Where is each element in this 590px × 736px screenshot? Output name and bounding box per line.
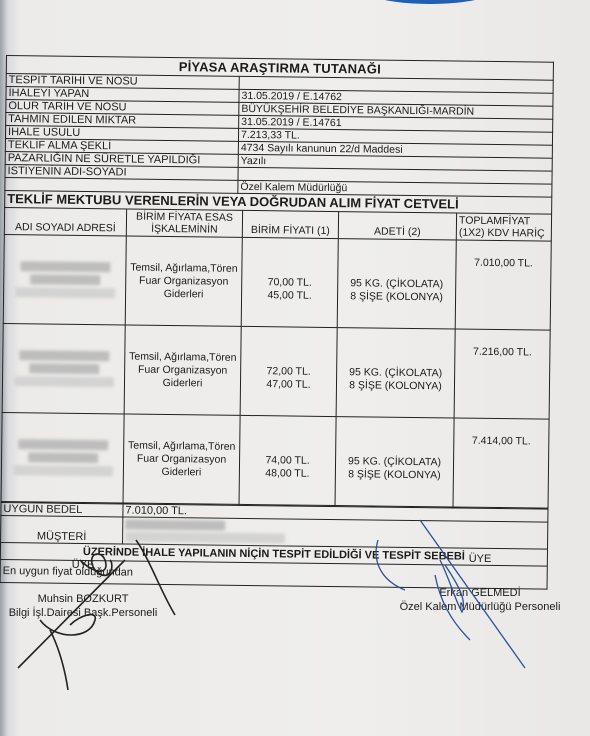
redacted-block [12, 465, 112, 476]
redacted-block [15, 287, 115, 298]
header-quantity: ADETİ (2) [338, 212, 456, 240]
quantity: 8 ŞİŞE (KOLONYA) [338, 468, 451, 482]
offer-name-redacted [3, 234, 126, 324]
signer-name: Erkan GELMEDİ [390, 586, 570, 600]
offers-table: ADI SOYADI ADRESİ BİRİM FİYATA ESAS İŞKA… [1, 207, 553, 509]
offer-item: Temsil, Ağırlama,Tören Fuar Organizasyon… [125, 236, 242, 326]
offer-row: Temsil, Ağırlama,Tören Fuar Organizasyon… [2, 323, 550, 419]
signer-role: ÜYE [8, 558, 158, 572]
signer-2: ÜYE Erkan GELMEDİ Özel Kalem Müdürlüğü P… [390, 552, 570, 614]
header-name: ADI SOYADI ADRESİ [4, 207, 126, 235]
offer-row: Temsil, Ağırlama,Tören Fuar Organizasyon… [1, 412, 549, 508]
unit-price: 70,00 TL. [244, 276, 335, 290]
offer-unit-prices: 72,00 TL. 47,00 TL. [240, 326, 337, 416]
redacted-block [28, 452, 98, 463]
unit-price: 72,00 TL. [243, 365, 334, 379]
unit-price: 47,00 TL. [243, 378, 334, 392]
redacted-block [30, 274, 100, 285]
signer-name: Muhsin BOZKURT [8, 592, 158, 606]
redacted-block [125, 519, 225, 530]
signer-1: ÜYE Muhsin BOZKURT Bilgi İşl.Dairesi Baş… [8, 558, 158, 620]
unit-price: 74,00 TL. [242, 454, 333, 468]
offer-name-redacted [2, 323, 125, 413]
header-item: BİRİM FİYATA ESAS İŞKALEMİNİN [126, 209, 242, 237]
offer-unit-prices: 70,00 TL. 45,00 TL. [241, 237, 338, 327]
quantity: 8 ŞİŞE (KOLONYA) [339, 379, 452, 393]
offer-quantities: 95 KG. (ÇİKOLATA) 8 ŞİŞE (KOLONYA) [336, 328, 455, 418]
header-total: TOPLAMFİYAT (1X2) KDV HARİÇ [456, 213, 551, 241]
unit-price: 45,00 TL. [244, 289, 335, 303]
offer-total: 7.216,00 TL. [454, 329, 550, 419]
redacted-block [18, 439, 108, 450]
signers-area: ÜYE Muhsin BOZKURT Bilgi İşl.Dairesi Baş… [0, 550, 590, 730]
offer-quantities: 95 KG. (ÇİKOLATA) 8 ŞİŞE (KOLONYA) [335, 417, 454, 507]
offer-row: Temsil, Ağırlama,Tören Fuar Organizasyon… [3, 234, 551, 330]
offer-unit-prices: 74,00 TL. 48,00 TL. [239, 415, 336, 505]
signer-title: Bilgi İşl.Dairesi Başk.Personeli [8, 606, 158, 620]
info-table: TESPİT TARİHİ VE NOSU İHALEYİ YAPAN 31.0… [4, 73, 553, 198]
offer-item: Temsil, Ağırlama,Tören Fuar Organizasyon… [124, 325, 241, 415]
redacted-block [13, 376, 113, 387]
offer-item: Temsil, Ağırlama,Tören Fuar Organizasyon… [123, 414, 240, 504]
redacted-block [19, 350, 109, 361]
offer-total: 7.414,00 TL. [453, 418, 549, 508]
blue-object-edge [360, 0, 500, 4]
offer-name-redacted [1, 412, 124, 502]
tutanak-document: PİYASA ARAŞTIRMA TUTANAĞI TESPİT TARİHİ … [0, 55, 554, 590]
suitable-price-label: UYGUN BEDEL [1, 502, 123, 516]
offer-total: 7.010,00 TL. [455, 240, 551, 330]
signer-title: Özel Kalem Müdürlüğü Personeli [390, 600, 570, 614]
header-unit-price: BİRİM FİYATI (1) [242, 210, 338, 238]
redacted-block [29, 363, 99, 374]
signer-role: ÜYE [390, 552, 570, 566]
redacted-block [20, 261, 110, 272]
quantity: 8 ŞİŞE (KOLONYA) [340, 290, 453, 304]
customer-label: MÜŞTERİ [1, 515, 123, 543]
redacted-block [125, 531, 285, 543]
offer-quantities: 95 KG. (ÇİKOLATA) 8 ŞİŞE (KOLONYA) [337, 239, 456, 329]
unit-price: 48,00 TL. [242, 467, 333, 481]
